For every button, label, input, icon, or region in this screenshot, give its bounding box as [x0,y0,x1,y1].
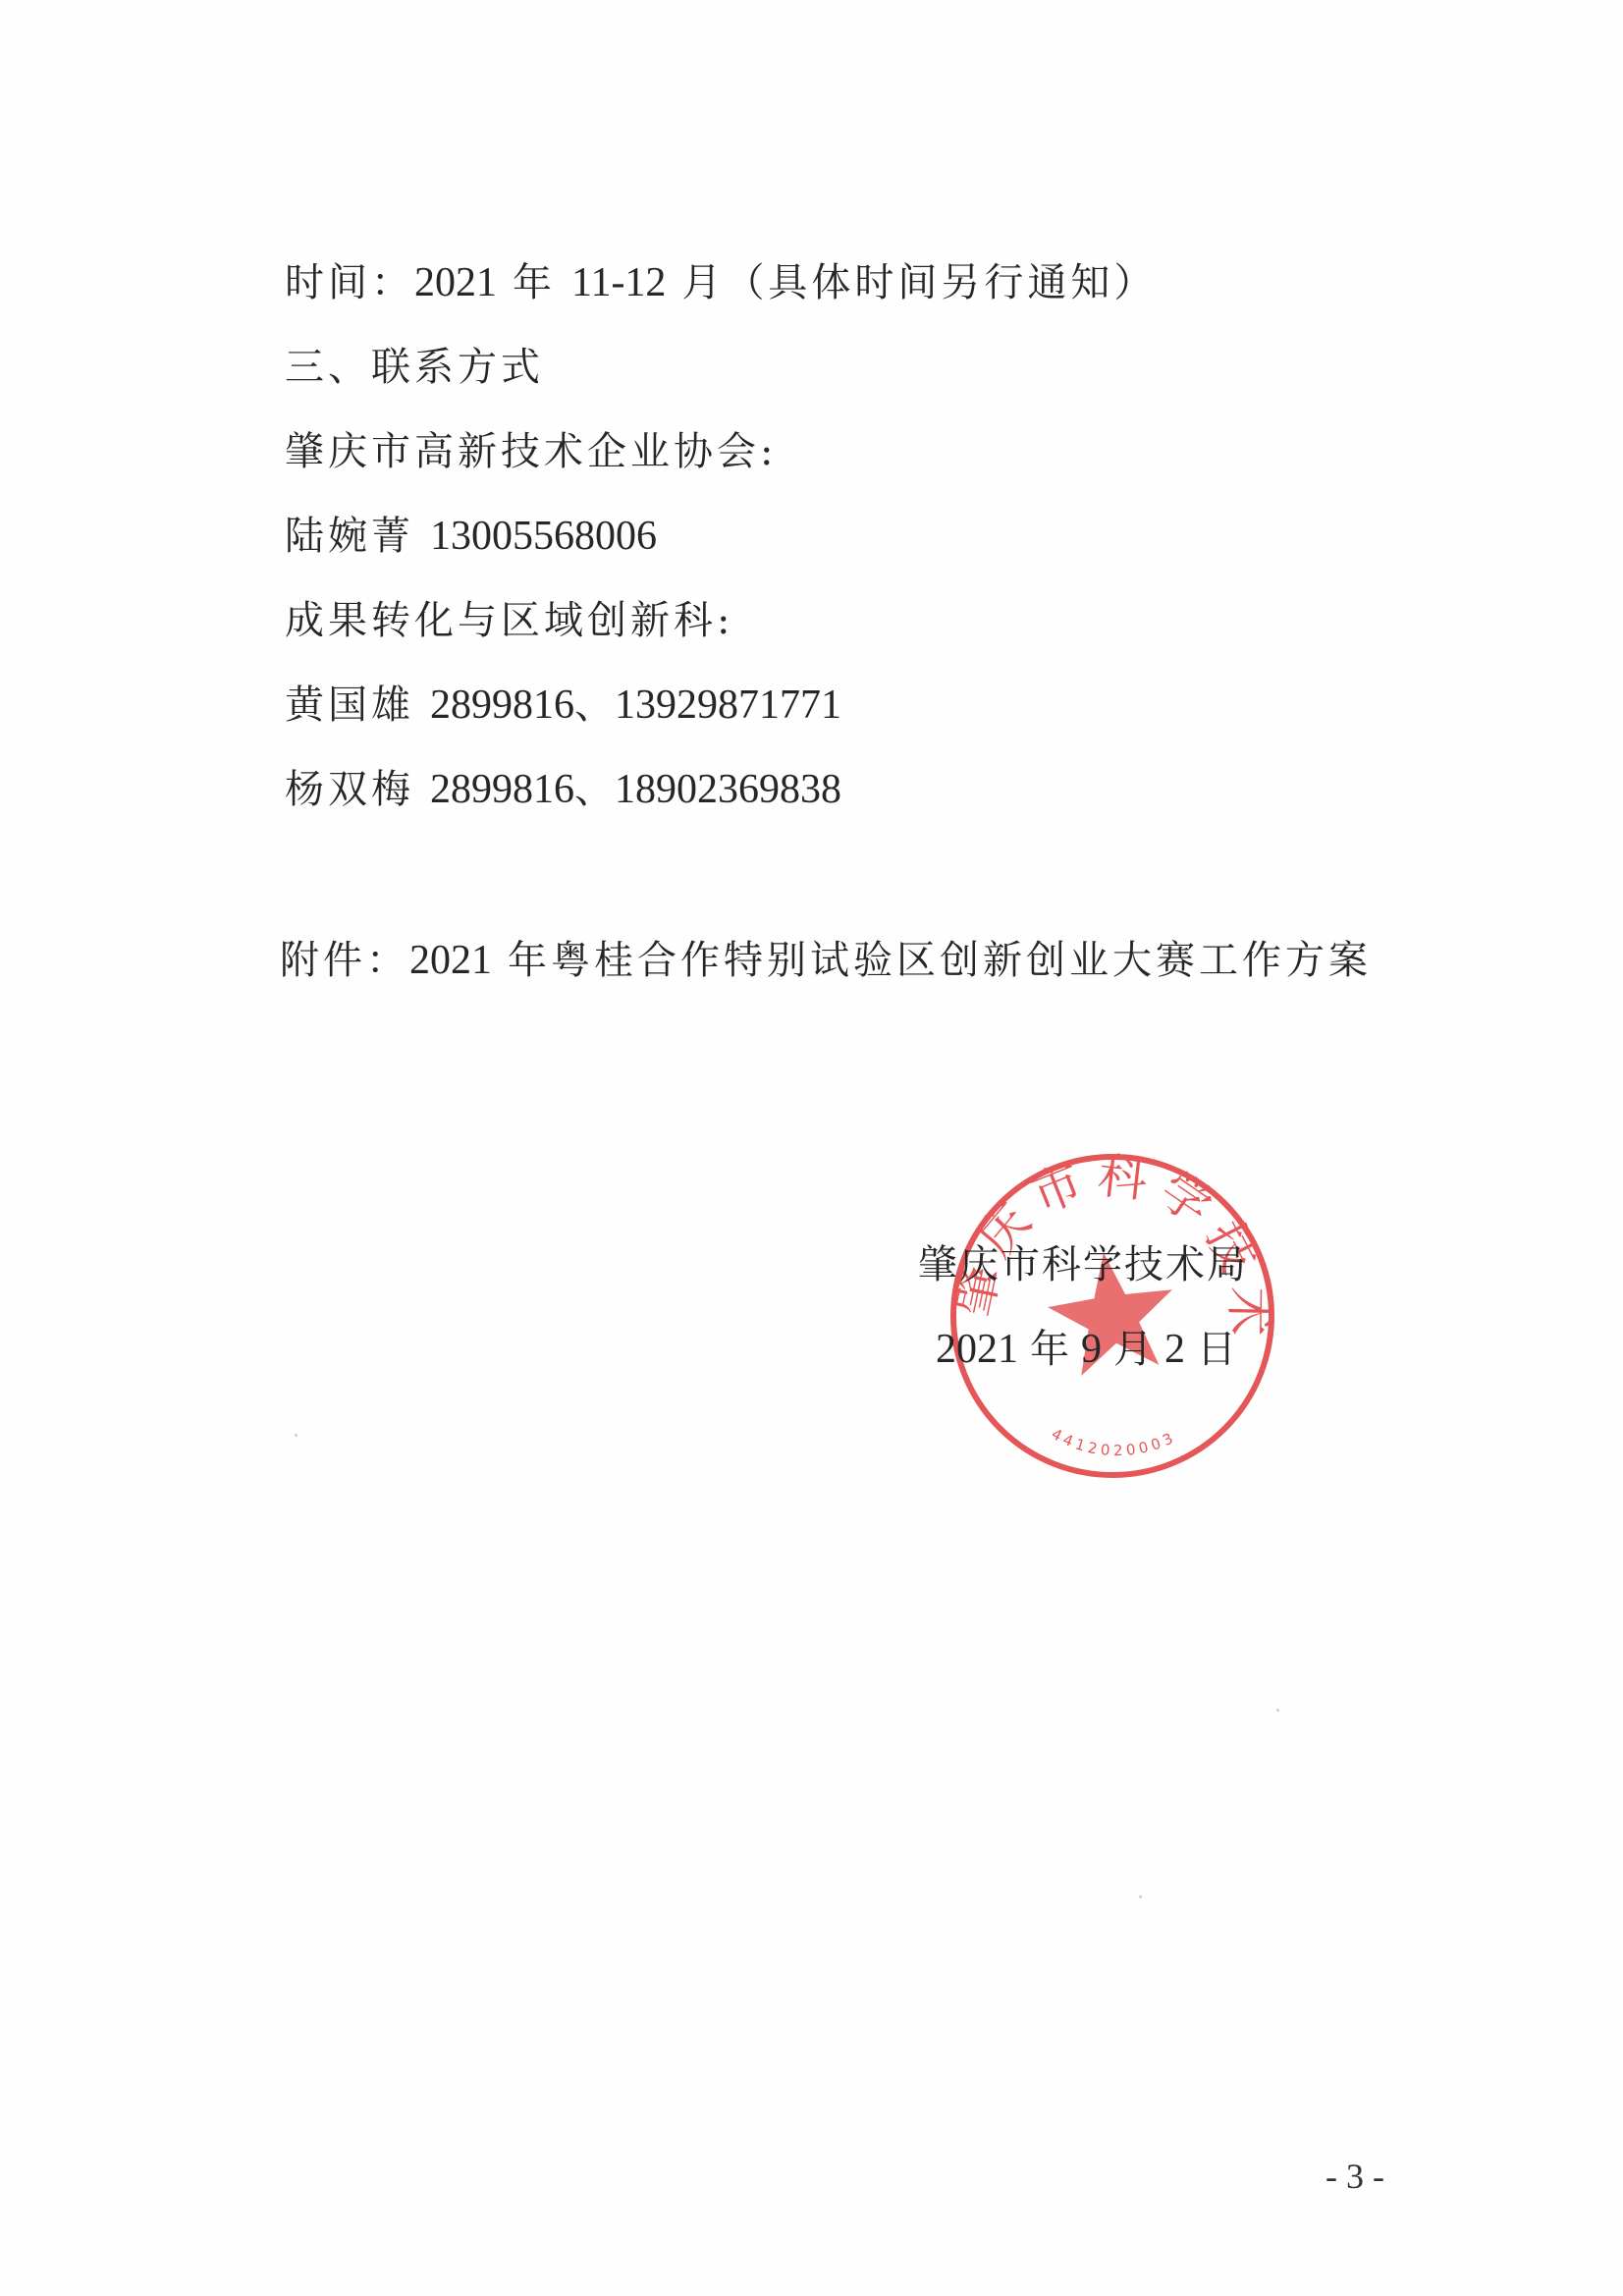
date-day: 2 [1164,1327,1185,1372]
contact-name: 黄国雄 [285,683,414,728]
contact-mobile-phone: 13929871771 [615,683,841,728]
official-seal: 肇庆市科学技术局 4412020003 [946,1149,1279,1483]
seal-graphic: 肇庆市科学技术局 4412020003 [946,1149,1279,1483]
contact-office-phone: 2899816 [430,683,574,728]
time-note: （具体时间另行通知） [725,260,1157,305]
phone-separator: 、 [574,683,615,728]
contact-name: 杨双梅 [285,767,414,812]
contact-org-2-label: 成果转化与区域创新科: [285,595,733,646]
time-month-unit: 月 [681,260,725,305]
contact-office-phone: 2899816 [430,767,574,812]
document-page: 时间：2021年11-12月（具体时间另行通知） 三、联系方式 肇庆市高新技术企… [0,0,1623,2296]
attachment-line: 附件：2021年粤桂合作特别试验区创新创业大赛工作方案 [280,935,1372,986]
issue-date: 2021年9月2日 [936,1324,1236,1375]
scan-speck [295,1434,298,1437]
contact-name: 陆婉菁 [285,514,414,559]
time-label: 时间： [285,260,414,305]
date-year-unit: 年 [1030,1327,1069,1372]
date-day-unit: 日 [1197,1327,1236,1372]
time-year-unit: 年 [513,260,556,305]
section-heading-contact: 三、联系方式 [285,342,544,393]
event-time-line: 时间：2021年11-12月（具体时间另行通知） [285,257,1157,308]
contact-org-1-label: 肇庆市高新技术企业协会: [285,426,777,477]
scan-speck [1139,1895,1142,1898]
contact-mobile-phone: 18902369838 [615,767,841,812]
time-months: 11-12 [571,260,666,305]
attachment-year: 2021 [409,938,492,983]
date-year: 2021 [936,1327,1018,1372]
page-number: - 3 - [1325,2156,1384,2197]
contact-row: 黄国雄2899816、13929871771 [285,680,841,731]
date-month-unit: 月 [1113,1327,1153,1372]
contact-row: 杨双梅2899816、18902369838 [285,764,841,815]
time-year: 2021 [414,260,497,305]
attachment-label: 附件： [280,938,409,983]
seal-serial-number: 4412020003 [1049,1425,1179,1459]
date-month: 9 [1081,1327,1102,1372]
contact-row: 陆婉菁13005568006 [285,511,657,562]
issuing-organization: 肇庆市科学技术局 [918,1239,1248,1290]
scan-speck [1276,1709,1279,1712]
attachment-title: 年粤桂合作特别试验区创新创业大赛工作方案 [508,938,1372,983]
contact-phone: 13005568006 [430,514,657,559]
phone-separator: 、 [574,767,615,812]
